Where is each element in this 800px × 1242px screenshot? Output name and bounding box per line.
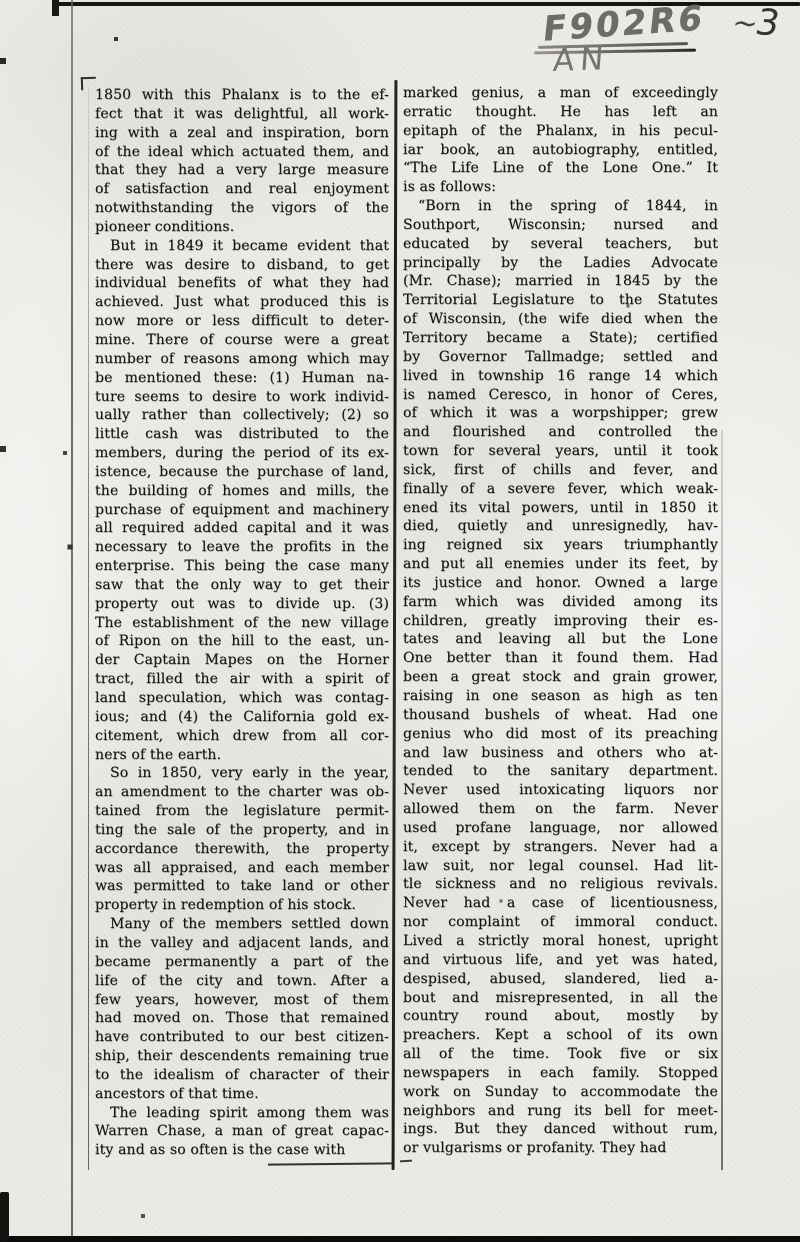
- text-line: epitaph of the Phalanx, in his pecul-: [403, 122, 718, 141]
- handwritten-archive-code-sub: AN: [552, 41, 611, 79]
- pen-crop-mark: [81, 77, 96, 91]
- text-line: and flourished and controlled the: [403, 423, 718, 442]
- text-line: children, greatly improving their es-: [403, 612, 718, 631]
- text-line: ity and as so often is the case with: [95, 1141, 389, 1160]
- text-line: nor complaint of immoral conduct.: [403, 913, 718, 932]
- text-line: saw that the only way to get their: [95, 576, 389, 595]
- text-line: thousand bushels of wheat. Had one: [403, 706, 718, 725]
- text-line: tract, filled the air with a spirit of: [95, 670, 389, 689]
- text-line: property in redemption of his stock.: [95, 896, 389, 915]
- article-column-right: marked genius, a man of exceedinglyerrat…: [403, 84, 718, 1158]
- text-line: of Wisconsin, (the wife died when the: [403, 310, 718, 329]
- text-line: ing with a zeal and inspiration, born: [95, 124, 389, 143]
- text-line: purchase of equipment and machinery: [95, 501, 389, 520]
- text-line: country round about, mostly by: [403, 1007, 718, 1026]
- text-line: the building of homes and mills, the: [95, 482, 389, 501]
- scanned-newspaper-page: F902R6 AN ~3 1850 with this Phalanx is t…: [0, 0, 800, 1242]
- pen-tick-mark: [400, 1160, 412, 1163]
- text-line: neighbors and rung its bell for meet-: [403, 1102, 718, 1121]
- text-line: ting the sale of the property, and in: [95, 821, 389, 840]
- text-line: number of reasons among which may: [95, 350, 389, 369]
- text-line: Lived a strictly moral honest, upright: [403, 932, 718, 951]
- text-line: principally by the Ladies Advocate: [403, 254, 718, 273]
- text-line: be mentioned these: (1) Human na-: [95, 369, 389, 388]
- text-line: ners of the earth.: [95, 746, 389, 765]
- text-line: to the idealism of character of their: [95, 1066, 389, 1085]
- text-line: died, quietly and unresignedly, hav-: [403, 517, 718, 536]
- text-line: preachers. Kept a school of its own: [403, 1026, 718, 1045]
- paragraph: marked genius, a man of exceedinglyerrat…: [403, 84, 718, 197]
- text-line: all of the time. Took five or six: [403, 1045, 718, 1064]
- text-line: work on Sunday to accommodate the: [403, 1083, 718, 1102]
- text-line: Never had a case of licentiousness,: [403, 894, 718, 913]
- text-line: there was desire to disband, to get: [95, 256, 389, 275]
- text-line: farm which was divided among its: [403, 593, 718, 612]
- text-line: been a great stock and grain grower,: [403, 668, 718, 687]
- text-line: One better than it found them. Had: [403, 649, 718, 668]
- scan-bottom-edge-band: [0, 1236, 800, 1242]
- text-line: ious; and (4) the California gold ex-: [95, 708, 389, 727]
- text-line: lived in township 16 range 14 which: [403, 367, 718, 386]
- text-line: 1850 with this Phalanx is to the ef-: [95, 86, 389, 105]
- scan-corner-blob: [0, 1192, 9, 1242]
- text-line: But in 1849 it became evident that: [95, 237, 389, 256]
- text-line: bout and misrepresented, in all the: [403, 989, 718, 1008]
- text-line: little cash was distributed to the: [95, 425, 389, 444]
- text-line: mine. There of course were a great: [95, 331, 389, 350]
- paragraph: But in 1849 it became evident thatthere …: [95, 237, 389, 765]
- text-line: der Captain Mapes on the Horner: [95, 651, 389, 670]
- text-line: now more or less difficult to deter-: [95, 312, 389, 331]
- text-line: and law business and others who at-: [403, 744, 718, 763]
- text-line: was permitted to take land or other: [95, 877, 389, 896]
- text-line: of which it was a worpshipper; grew: [403, 404, 718, 423]
- text-line: Southport, Wisconsin; nursed and: [403, 216, 718, 235]
- text-line: pioneer conditions.: [95, 218, 389, 237]
- text-line: ing reigned six years triumphantly: [403, 536, 718, 555]
- text-line: in the valley and adjacent lands, and: [95, 934, 389, 953]
- text-line: individual benefits of what they had: [95, 274, 389, 293]
- text-line: “Born in the spring of 1844, in: [403, 197, 718, 216]
- text-line: was all appraised, and each member: [95, 859, 389, 878]
- text-line: erratic thought. He has left an: [403, 103, 718, 122]
- text-line: citement, which drew from all cor-: [95, 727, 389, 746]
- text-line: (Mr. Chase); married in 1845 by the: [403, 272, 718, 291]
- text-line: became permanently a part of the: [95, 953, 389, 972]
- text-line: marked genius, a man of exceedingly: [403, 84, 718, 103]
- pen-underline-case-with: [268, 1162, 392, 1165]
- text-line: ship, their descendents remaining true: [95, 1047, 389, 1066]
- text-line: have contributed to our best citizen-: [95, 1028, 389, 1047]
- text-line: an amendment to the charter was ob-: [95, 783, 389, 802]
- text-line: enterprise. This being the case many: [95, 557, 389, 576]
- text-line: The leading spirit among them was: [95, 1104, 389, 1123]
- text-line: members, during the period of its ex-: [95, 444, 389, 463]
- column-divider-rule: [392, 80, 398, 1170]
- text-line: sick, first of chills and fever, and: [403, 461, 718, 480]
- text-line: few years, however, most of them: [95, 991, 389, 1010]
- text-line: had moved on. Those that remained: [95, 1009, 389, 1028]
- text-line: istence, because the purchase of land,: [95, 463, 389, 482]
- text-line: tates and leaving all but the Lone: [403, 630, 718, 649]
- text-line: notwithstanding the vigors of the: [95, 199, 389, 218]
- text-line: of the ideal which actuated them, and: [95, 143, 389, 162]
- text-line: life of the city and town. After a: [95, 972, 389, 991]
- text-line: and put all enemies under its feet, by: [403, 555, 718, 574]
- text-line: newspapers in each family. Stopped: [403, 1064, 718, 1083]
- paragraph: The leading spirit among them wasWarren …: [95, 1104, 389, 1161]
- text-line: Territorial Legislature to the Statutes: [403, 291, 718, 310]
- text-line: used profane language, nor allowed: [403, 819, 718, 838]
- text-line: fect that it was delightful, all work-: [95, 105, 389, 124]
- text-line: all required added capital and it was: [95, 519, 389, 538]
- text-line: that they had a very large measure: [95, 161, 389, 180]
- paragraph: So in 1850, very early in the year,an am…: [95, 764, 389, 915]
- text-line: Warren Chase, a man of great capac-: [95, 1122, 389, 1141]
- text-line: ually rather than collectively; (2) so: [95, 406, 389, 425]
- handwritten-page-number: ~3: [729, 1, 784, 45]
- text-line: educated by several teachers, but: [403, 235, 718, 254]
- text-line: Territory became a State); certified: [403, 329, 718, 348]
- text-line: So in 1850, very early in the year,: [95, 764, 389, 783]
- text-line: Never used intoxicating liquors nor: [403, 781, 718, 800]
- text-line: it, except by strangers. Never had a: [403, 838, 718, 857]
- text-line: necessary to leave the profits in the: [95, 538, 389, 557]
- left-column-rule: [88, 86, 89, 1170]
- text-line: of satisfaction and real enjoyment: [95, 180, 389, 199]
- text-line: tended to the sanitary department.: [403, 762, 718, 781]
- text-line: accordance therewith, the property: [95, 840, 389, 859]
- text-line: is named Ceresco, in honor of Ceres,: [403, 386, 718, 405]
- scan-top-edge-tick: [52, 0, 59, 16]
- paragraph: 1850 with this Phalanx is to the ef-fect…: [95, 86, 389, 237]
- text-line: law suit, nor legal counsel. Had lit-: [403, 857, 718, 876]
- text-line: ancestors of that time.: [95, 1085, 389, 1104]
- text-line: or vulgarisms or profanity. They had: [403, 1139, 718, 1158]
- text-line: iar book, an autobiography, entitled,: [403, 141, 718, 160]
- text-line: ened its vital powers, until in 1850 it: [403, 499, 718, 518]
- text-line: Many of the members settled down: [95, 915, 389, 934]
- text-line: tle sickness and no religious revivals.: [403, 875, 718, 894]
- text-line: is as follows:: [403, 178, 718, 197]
- text-line: ture seems to desire to work individ-: [95, 388, 389, 407]
- article-column-left: 1850 with this Phalanx is to the ef-fect…: [95, 86, 389, 1160]
- paper-fold-line: [71, 0, 73, 1242]
- text-line: its justice and honor. Owned a large: [403, 574, 718, 593]
- text-line: land speculation, which was contag-: [95, 689, 389, 708]
- text-line: by Governor Tallmadge; settled and: [403, 348, 718, 367]
- text-line: “The Life Line of the Lone One.” It: [403, 159, 718, 178]
- text-line: tained from the legislature permit-: [95, 802, 389, 821]
- text-line: The establishment of the new village: [95, 614, 389, 633]
- text-line: and virtuous life, and yet was hated,: [403, 951, 718, 970]
- text-line: of Ripon on the hill to the east, un-: [95, 632, 389, 651]
- text-line: raising in one season as high as ten: [403, 687, 718, 706]
- text-line: despised, abused, slandered, lied a-: [403, 970, 718, 989]
- text-line: genius who did most of its preaching: [403, 725, 718, 744]
- paragraph: Many of the members settled downin the v…: [95, 915, 389, 1103]
- text-line: town for several years, until it took: [403, 442, 718, 461]
- paragraph: “Born in the spring of 1844, inSouthport…: [403, 197, 718, 1158]
- text-line: allowed them on the farm. Never: [403, 800, 718, 819]
- text-line: achieved. Just what produced this is: [95, 293, 389, 312]
- text-line: property out was to divide up. (3): [95, 595, 389, 614]
- scan-specks: [0, 0, 2, 2]
- text-line: finally of a severe fever, which weak-: [403, 480, 718, 499]
- text-line: ings. But they danced without rum,: [403, 1120, 718, 1139]
- right-column-rule: [721, 430, 723, 1170]
